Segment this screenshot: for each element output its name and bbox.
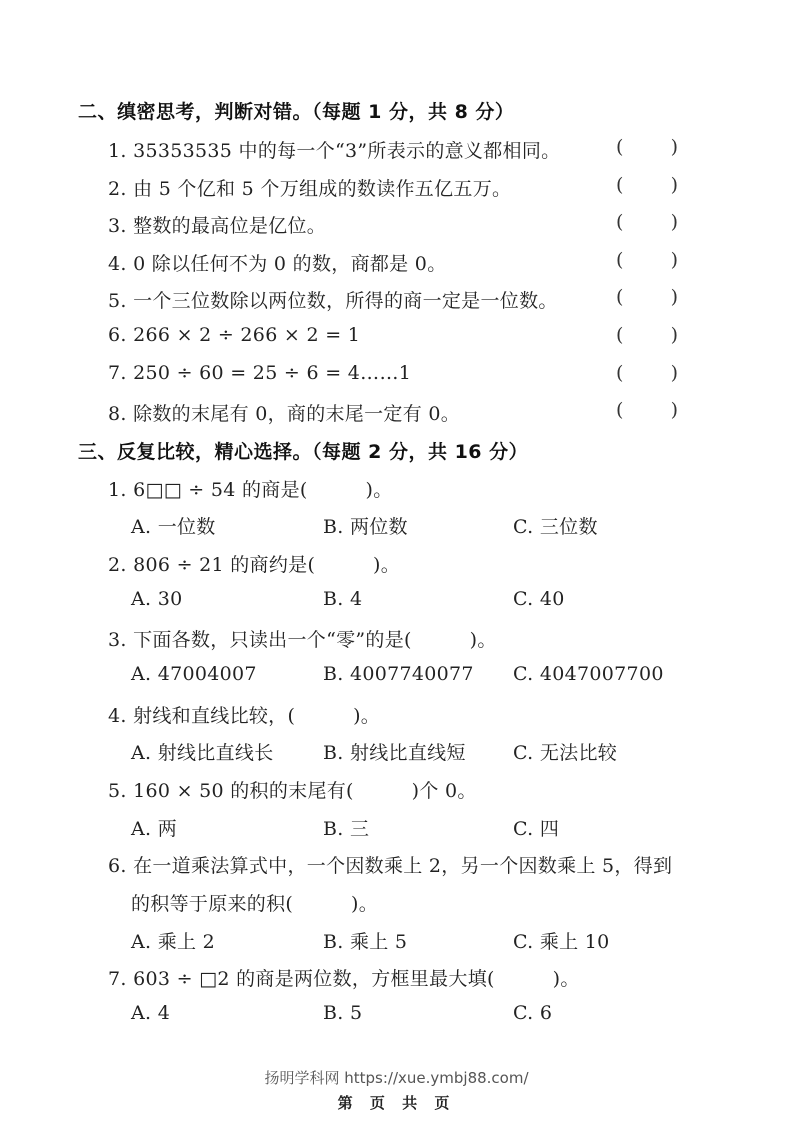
answer-blank-5[interactable]: () [616,286,678,308]
option-3b[interactable]: B. 4007740077 [323,663,474,685]
option-2c[interactable]: C. 40 [513,588,565,610]
choice-question-3: 3. 下面各数，只读出一个“零”的是( )。 [108,625,497,652]
exam-page: 二、缜密思考，判断对错。（每题 1 分，共 8 分） 1. 35353535 中… [0,0,793,1122]
choice-question-2: 2. 806 ÷ 21 的商约是( )。 [108,550,400,577]
judge-item-3: 3. 整数的最高位是亿位。 [108,211,326,238]
option-3c[interactable]: C. 4047007700 [513,663,664,685]
judge-item-4: 4. 0 除以任何不为 0 的数，商都是 0。 [108,249,447,276]
option-4b[interactable]: B. 射线比直线短 [323,738,466,765]
option-6c[interactable]: C. 乘上 10 [513,927,610,954]
option-5a[interactable]: A. 两 [131,814,177,841]
option-1c[interactable]: C. 三位数 [513,512,598,539]
judge-item-2: 2. 由 5 个亿和 5 个万组成的数读作五亿五万。 [108,174,511,201]
choice-question-7: 7. 603 ÷ □2 的商是两位数，方框里最大填( )。 [108,964,580,991]
option-7b[interactable]: B. 5 [323,1002,362,1024]
option-2a[interactable]: A. 30 [131,588,182,610]
judge-item-6: 6. 266 × 2 ÷ 266 × 2 = 1 [108,324,360,346]
option-4c[interactable]: C. 无法比较 [513,738,617,765]
answer-blank-6[interactable]: () [616,324,678,346]
choice-question-6-continued: 的积等于原来的积( )。 [131,889,378,916]
option-5b[interactable]: B. 三 [323,814,369,841]
option-1b[interactable]: B. 两位数 [323,512,408,539]
answer-blank-3[interactable]: () [616,211,678,233]
option-4a[interactable]: A. 射线比直线长 [131,738,274,765]
judge-item-5: 5. 一个三位数除以两位数，所得的商一定是一位数。 [108,286,558,313]
judge-item-8: 8. 除数的末尾有 0，商的末尾一定有 0。 [108,399,460,426]
answer-blank-7[interactable]: () [616,362,678,384]
option-6a[interactable]: A. 乘上 2 [131,927,215,954]
answer-blank-8[interactable]: () [616,399,678,421]
footer-site-link[interactable]: 扬明学科网 https://xue.ymbj88.com/ [0,1067,793,1088]
option-6b[interactable]: B. 乘上 5 [323,927,407,954]
option-5c[interactable]: C. 四 [513,814,559,841]
option-7a[interactable]: A. 4 [131,1002,170,1024]
option-1a[interactable]: A. 一位数 [131,512,216,539]
option-2b[interactable]: B. 4 [323,588,362,610]
option-3a[interactable]: A. 47004007 [131,663,257,685]
section-3-heading: 三、反复比较，精心选择。（每题 2 分，共 16 分） [78,437,528,464]
option-7c[interactable]: C. 6 [513,1002,552,1024]
judge-item-7: 7. 250 ÷ 60 = 25 ÷ 6 = 4……1 [108,362,411,384]
answer-blank-4[interactable]: () [616,249,678,271]
answer-blank-2[interactable]: () [616,174,678,196]
choice-question-1: 1. 6□□ ÷ 54 的商是( )。 [108,475,393,502]
choice-question-6: 6. 在一道乘法算式中，一个因数乘上 2，另一个因数乘上 5，得到 [108,851,672,878]
judge-item-1: 1. 35353535 中的每一个“3”所表示的意义都相同。 [108,136,560,163]
section-2-heading: 二、缜密思考，判断对错。（每题 1 分，共 8 分） [78,97,514,124]
choice-question-4: 4. 射线和直线比较，( )。 [108,701,380,728]
footer-page-number: 第 页 共 页 [0,1092,793,1113]
choice-question-5: 5. 160 × 50 的积的末尾有( )个 0。 [108,776,477,803]
answer-blank-1[interactable]: () [616,136,678,158]
